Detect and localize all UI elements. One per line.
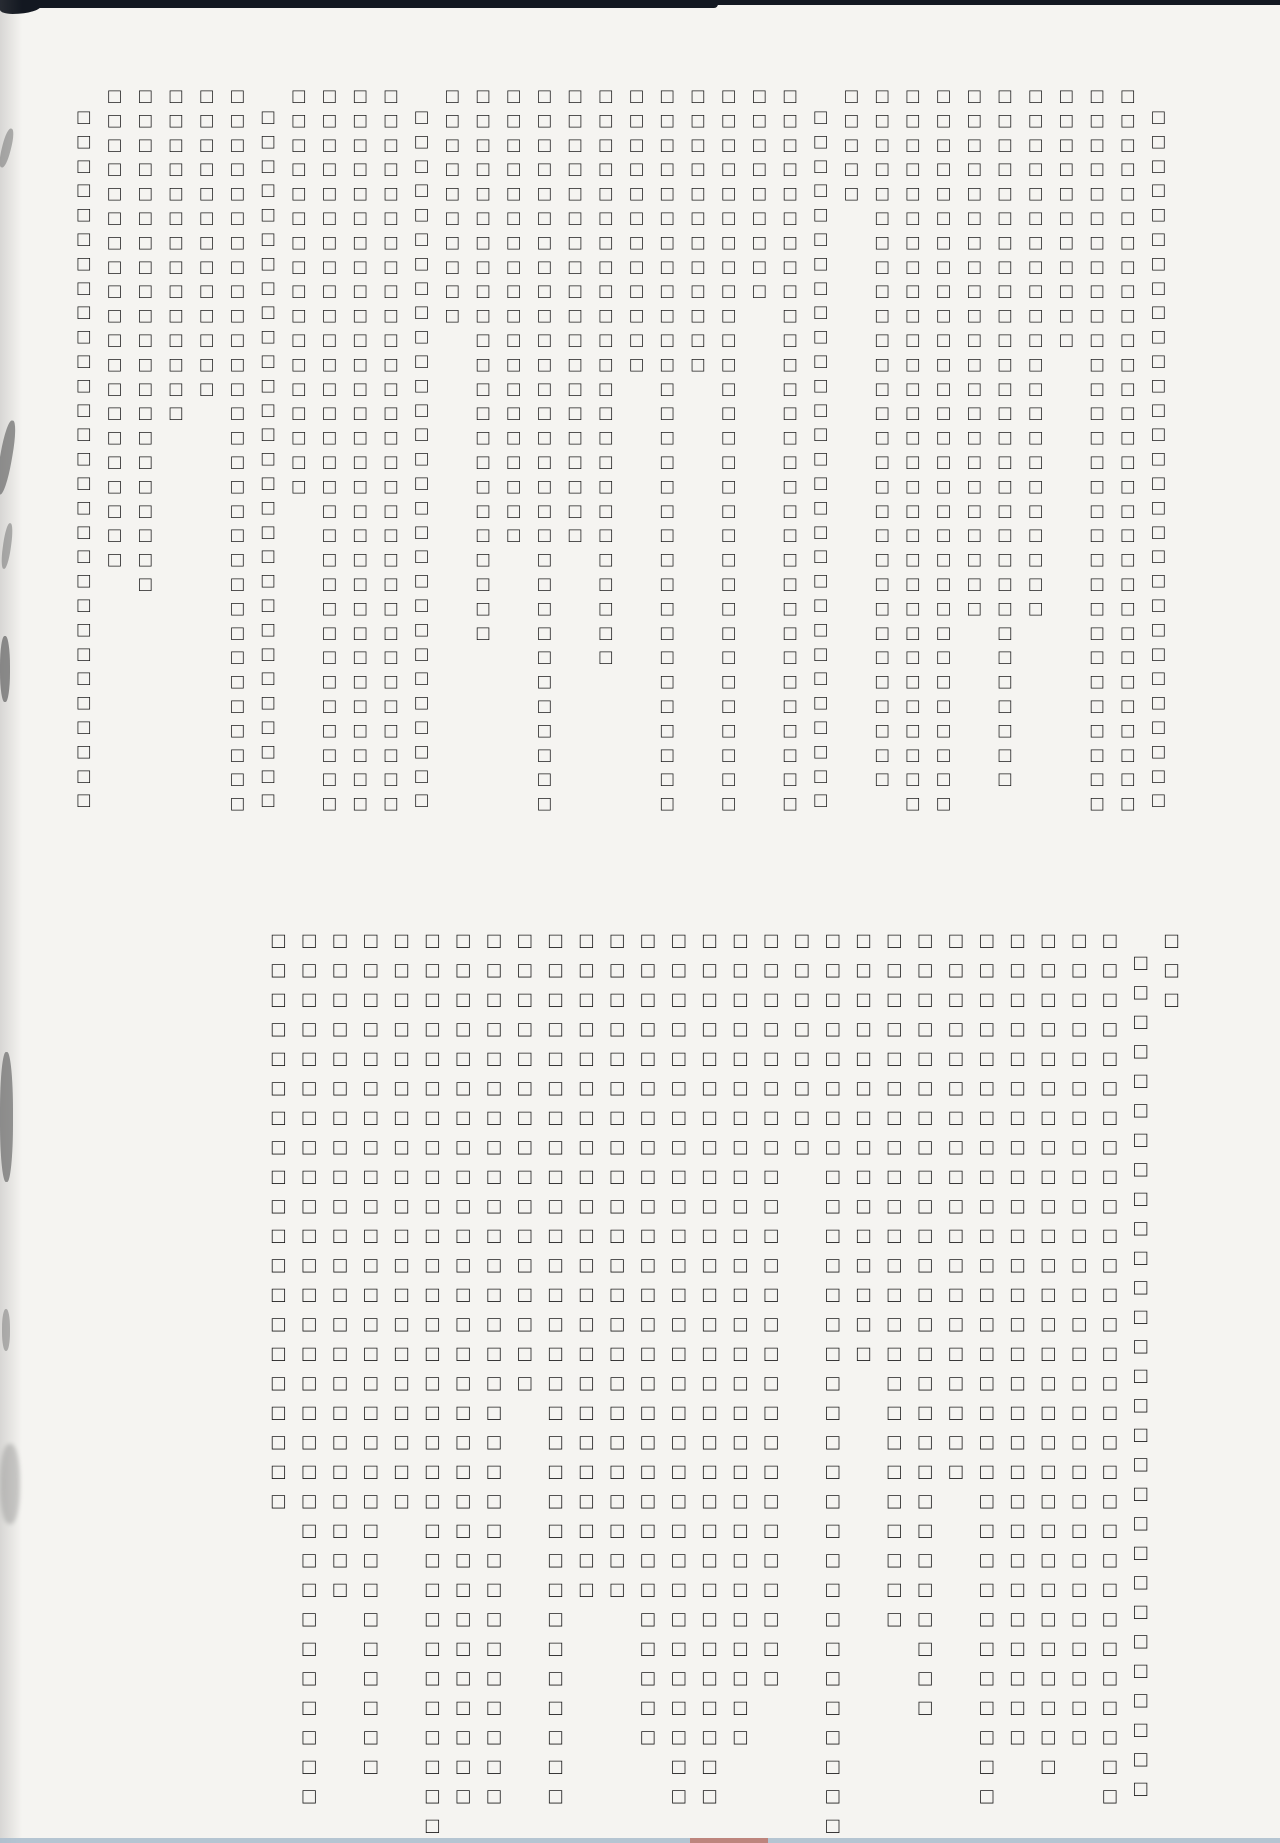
text-column: □□□□□□□□□□□□□□□□□ [283,85,314,765]
text-column: □□□□□□□□□□□□□□□□□□□□□□□□□□□□□□ [313,85,344,765]
text-column: □□□□□□□□□□□□□□□□□□□□□□□□□□□ [909,928,940,1754]
text-column: □□□□□□□□□□□□□□□□□□□□□□□□□□□□ [1001,928,1032,1754]
text-column: □□□□□□□□□□□□□□□□□□□□□□□□□□□□□□ [375,85,406,765]
scan-artifact-streak [2,1309,10,1351]
text-column: □□□□□□□□□□□□□□□□□□□□□□□□□□□□□□ [344,85,375,765]
text-column: □□□□□□□□□□□□□□□□□□□□□□□□□□□□□□ [774,85,805,765]
text-column: □□□□□□□□□□□□□□□□□□□□□□□□□□□□□□ [478,928,509,1754]
text-column: □□□□□□□□□□□□□□□□□□□□□□□ [467,85,498,765]
text-column: □□□□□□□□□□□□□□□□□□□□□□□□□□□□□ [1142,85,1173,765]
bottom-text-block: □□□□□□□□□□□□□□□□□□□□□□□□□□□□□□□□□□□□□□□□… [260,928,1186,1754]
scan-artifact-streak [0,1052,13,1182]
text-column: □□□□□□□□□□□□□□□□□□□□□□□□□□□□□ [68,85,99,765]
text-column: □□□□□□□□□□□□□□□□□□□ [940,928,971,1754]
text-column: □□□□□□□□□□□□□□□□□□□□□□□□□□□□□ [1032,928,1063,1754]
text-column: □□□□□□□□□□□□□□□□□□□□□□□ [570,928,601,1754]
text-column: □□□□□□□□□□□□□□□□□□□□□□□□□□□□□□ [221,85,252,765]
text-column: □□□□□□□□□□ [436,85,467,765]
text-column: □□□□□□□□□□□□□□□□□□□□□□□ [601,928,632,1754]
text-column: □□□□□□□□□□□□□□□□□□□□□□□□ [590,85,621,765]
text-column: □□□□□□□□□□□□□□□□□□□□□□□□□□□□□□ [712,85,743,765]
scan-artifact-streak [0,1444,20,1524]
text-column: □□□□□□□□□□□□□□□□□□□□□□□□□□□□□□ [1094,928,1125,1754]
text-column: □□□□□□□□□□□□□□□□ [508,928,539,1754]
text-column: □□□□□□□□□ [743,85,774,765]
text-column: □□□□□□□□□□□ [1050,85,1081,765]
text-column: □□□□□□□□□□□□□□□□□□□□□□ [958,85,989,765]
text-column: □□□□□□□□□□□□□□□□□□□□□□□□□□□□□ [805,85,836,765]
text-column: □□□□□□□□□□□□□ [191,85,222,765]
text-column: □□□□□□□□□□□□□□□□□□□□□ [129,85,160,765]
text-column: □□□□□□□□□□□□□□□□□□□□□□□□□□□□□□□ [416,928,447,1754]
text-column: □□□□□□□□□□□□□□□□□□□□□□□□□□□□ [632,928,663,1754]
scan-artifact-streak [0,636,10,702]
scan-artifact-top-edge-thick [28,0,718,8]
text-column: □□□□□□□□ [786,928,817,1754]
text-column: □□□□□□□□□□□□□□□□□□□□□□□□□□□□□□ [970,928,1001,1754]
text-column: □□□□□□□□□□□□□□□□□□□□□□□□□□□□□ [989,85,1020,765]
scan-artifact-bottom-edge [0,1838,1280,1843]
text-column: □□□□□□□□□□□□□□□□□□□□□□□□□□□□□□ [293,928,324,1754]
text-column: □□□□□□□□□□□□□□□□□□□□□□□□□□□□□ [252,85,283,765]
text-column: □□□□□□□□□□□□□□□□□□□□ [385,928,416,1754]
text-column: □□□□□□□□□□□□□□□□□□□□□□□□□□□□ [1063,928,1094,1754]
scan-artifact-left-shade [0,0,26,1843]
text-column: □□□□□□□□□□□□□□□□□□□□□□ [1019,85,1050,765]
top-text-block: □□□□□□□□□□□□□□□□□□□□□□□□□□□□□□□□□□□□□□□□… [66,85,1173,765]
text-column: □□□□□□□□□□□□□□□□□□□□□□□□□□□□□ [405,85,436,765]
text-column: □□□□□□□□□□□□□□□□□□□□□□□ [324,928,355,1754]
text-column: □□□□□□□□□□□□□□□□□□□□□□□□□□□□□□ [662,928,693,1754]
text-column: □□□□□□□□□□□□ [682,85,713,765]
text-column: □□□□□□□□□□□□□□□□□□□□□□□□□□ [755,928,786,1754]
text-column: □□□□□□□□□□□□□□□□□□□□□□□□□□□□□ [354,928,385,1754]
text-column: □□□□□□□□□□□□□□□□□□□□□□□□ [878,928,909,1754]
text-column: □□□□□□□□□□□□□□□□□□□□□□□□□□□□□□ [1112,85,1143,765]
text-column: □□□□□□□□□□□□□□□□□□□□□□□□□□□□□□ [1081,85,1112,765]
text-column: □□□□□□□□□□□□□□□□□□□□□□□□□□□□□□□ [816,928,847,1754]
text-column: □□□□□□□□□□□□□□□□□□□□□□□□□□□□□ [1124,928,1155,1754]
text-column: □□□□□□□□□□□□□□□□□□□□ [98,85,129,765]
text-column: □□□□□□□□□□□□□□□□□□□□□□□□□□□□ [724,928,755,1754]
text-column: □□□□□□□□□□□□□□□□□□□□□□□□□□□□□□ [693,928,724,1754]
text-column: □□□□□□□□□□□□□□□□□□□ [498,85,529,765]
text-column: □□□□□□□□□□□□□□□□□□□ [559,85,590,765]
text-column: □□□□□□□□□□□□□□□□□□□□ [262,928,293,1754]
text-column: □□□□□□□□□□□□□□□□□□□□□□□□□□□□□ [866,85,897,765]
text-column: □□□□□□□□□□□□□□□□□□□□□□□□□□□□□□ [651,85,682,765]
text-column: □□□□□□□□□□□□ [620,85,651,765]
text-column: □□□□□□□□□□□□□□□□□□□□□□□□□□□□□□ [897,85,928,765]
scanned-page: □□□□□□□□□□□□□□□□□□□□□□□□□□□□□□□□□□□□□□□□… [0,0,1280,1843]
text-column: □□□□□□□□□□□□□□□□□□□□□□□□□□□□□□ [927,85,958,765]
text-column: □□□□□□□□□□□□□□□□□□□□□□□□□□□□□□ [447,928,478,1754]
text-column: □□□ [1155,928,1186,1754]
text-column: □□□□□□□□□□□□□□□□□□□□□□□□□□□□□□ [539,928,570,1754]
text-column: □□□□□□□□□□□□□□□ [847,928,878,1754]
text-column: □□□□□□□□□□□□□□ [160,85,191,765]
scan-artifact-bottom-smudge [690,1838,768,1843]
text-column: □□□□□□□□□□□□□□□□□□□□□□□□□□□□□□ [528,85,559,765]
text-column: □□□□□ [835,85,866,765]
